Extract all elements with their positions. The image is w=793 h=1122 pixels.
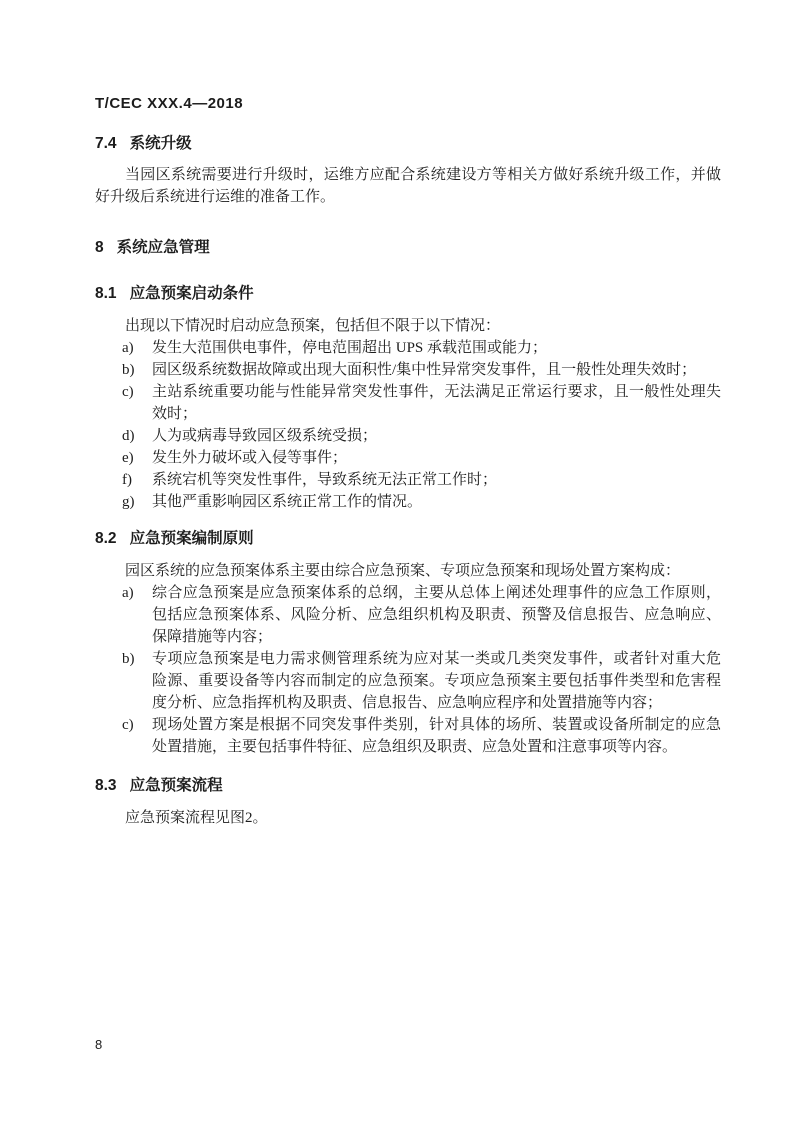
section-heading-8-2: 8.2应急预案编制原则 xyxy=(95,529,721,549)
list-item: b) 园区级系统数据故障或出现大面积性/集中性异常突发事件，且一般性处理失效时； xyxy=(122,359,721,381)
list-item-label: d) xyxy=(122,425,152,447)
list-item: e) 发生外力破坏或入侵等事件； xyxy=(122,447,721,469)
list-item-label: b) xyxy=(122,359,152,381)
section-number: 8 xyxy=(95,238,104,258)
section-8-2-intro: 园区系统的应急预案体系主要由综合应急预案、专项应急预案和现场处置方案构成： xyxy=(95,560,721,582)
list-item: c) 现场处置方案是根据不同突发事件类别，针对具体的场所、装置或设备所制定的应急… xyxy=(122,714,721,758)
list-item-label: b) xyxy=(122,648,152,714)
section-heading-8-3: 8.3应急预案流程 xyxy=(95,776,721,796)
list-item-label: c) xyxy=(122,714,152,758)
list-item: c) 主站系统重要功能与性能异常突发性事件，无法满足正常运行要求，且一般性处理失… xyxy=(122,381,721,425)
section-number: 8.2 xyxy=(95,529,117,549)
section-7-4-paragraph: 当园区系统需要进行升级时，运维方应配合系统建设方等相关方做好系统升级工作，并做好… xyxy=(95,164,721,208)
list-item-text: 系统宕机等突发性事件，导致系统无法正常工作时； xyxy=(152,469,721,491)
section-title: 应急预案流程 xyxy=(130,777,223,794)
list-item: b) 专项应急预案是电力需求侧管理系统为应对某一类或几类突发事件，或者针对重大危… xyxy=(122,648,721,714)
list-item: d) 人为或病毒导致园区级系统受损； xyxy=(122,425,721,447)
section-title: 系统应急管理 xyxy=(117,239,210,256)
list-item-text: 主站系统重要功能与性能异常突发性事件，无法满足正常运行要求，且一般性处理失效时； xyxy=(152,381,721,425)
section-8-1-intro: 出现以下情况时启动应急预案，包括但不限于以下情况： xyxy=(95,315,721,337)
section-heading-7-4: 7.4系统升级 xyxy=(95,134,721,154)
section-8-2-list: a) 综合应急预案是应急预案体系的总纲，主要从总体上阐述处理事件的应急工作原则，… xyxy=(122,582,721,758)
document-page: T/CEC XXX.4—2018 7.4系统升级 当园区系统需要进行升级时，运维… xyxy=(0,0,793,1122)
section-title: 系统升级 xyxy=(130,135,192,152)
section-number: 8.1 xyxy=(95,284,117,304)
list-item-text: 发生大范围供电事件，停电范围超出 UPS 承载范围或能力； xyxy=(152,337,721,359)
list-item: f) 系统宕机等突发性事件，导致系统无法正常工作时； xyxy=(122,469,721,491)
section-number: 8.3 xyxy=(95,776,117,796)
list-item-text: 综合应急预案是应急预案体系的总纲，主要从总体上阐述处理事件的应急工作原则，包括应… xyxy=(152,582,721,648)
list-item-text: 人为或病毒导致园区级系统受损； xyxy=(152,425,721,447)
list-item: a) 发生大范围供电事件，停电范围超出 UPS 承载范围或能力； xyxy=(122,337,721,359)
section-heading-8: 8系统应急管理 xyxy=(95,238,721,258)
page-content: T/CEC XXX.4—2018 7.4系统升级 当园区系统需要进行升级时，运维… xyxy=(95,95,721,829)
list-item-text: 现场处置方案是根据不同突发事件类别，针对具体的场所、装置或设备所制定的应急处置措… xyxy=(152,714,721,758)
section-title: 应急预案启动条件 xyxy=(130,285,254,302)
section-8-1-list: a) 发生大范围供电事件，停电范围超出 UPS 承载范围或能力； b) 园区级系… xyxy=(122,337,721,513)
section-8-3-paragraph: 应急预案流程见图2。 xyxy=(95,807,721,829)
list-item-text: 其他严重影响园区系统正常工作的情况。 xyxy=(152,491,721,513)
doc-code-header: T/CEC XXX.4—2018 xyxy=(95,95,721,112)
list-item: g) 其他严重影响园区系统正常工作的情况。 xyxy=(122,491,721,513)
list-item-label: f) xyxy=(122,469,152,491)
list-item-text: 专项应急预案是电力需求侧管理系统为应对某一类或几类突发事件，或者针对重大危险源、… xyxy=(152,648,721,714)
list-item-label: a) xyxy=(122,582,152,648)
page-number: 8 xyxy=(95,1037,102,1052)
section-number: 7.4 xyxy=(95,134,117,154)
list-item-text: 发生外力破坏或入侵等事件； xyxy=(152,447,721,469)
list-item-label: c) xyxy=(122,381,152,425)
list-item-label: g) xyxy=(122,491,152,513)
section-heading-8-1: 8.1应急预案启动条件 xyxy=(95,284,721,304)
list-item-label: e) xyxy=(122,447,152,469)
section-title: 应急预案编制原则 xyxy=(130,530,254,547)
list-item: a) 综合应急预案是应急预案体系的总纲，主要从总体上阐述处理事件的应急工作原则，… xyxy=(122,582,721,648)
list-item-text: 园区级系统数据故障或出现大面积性/集中性异常突发事件，且一般性处理失效时； xyxy=(152,359,721,381)
list-item-label: a) xyxy=(122,337,152,359)
